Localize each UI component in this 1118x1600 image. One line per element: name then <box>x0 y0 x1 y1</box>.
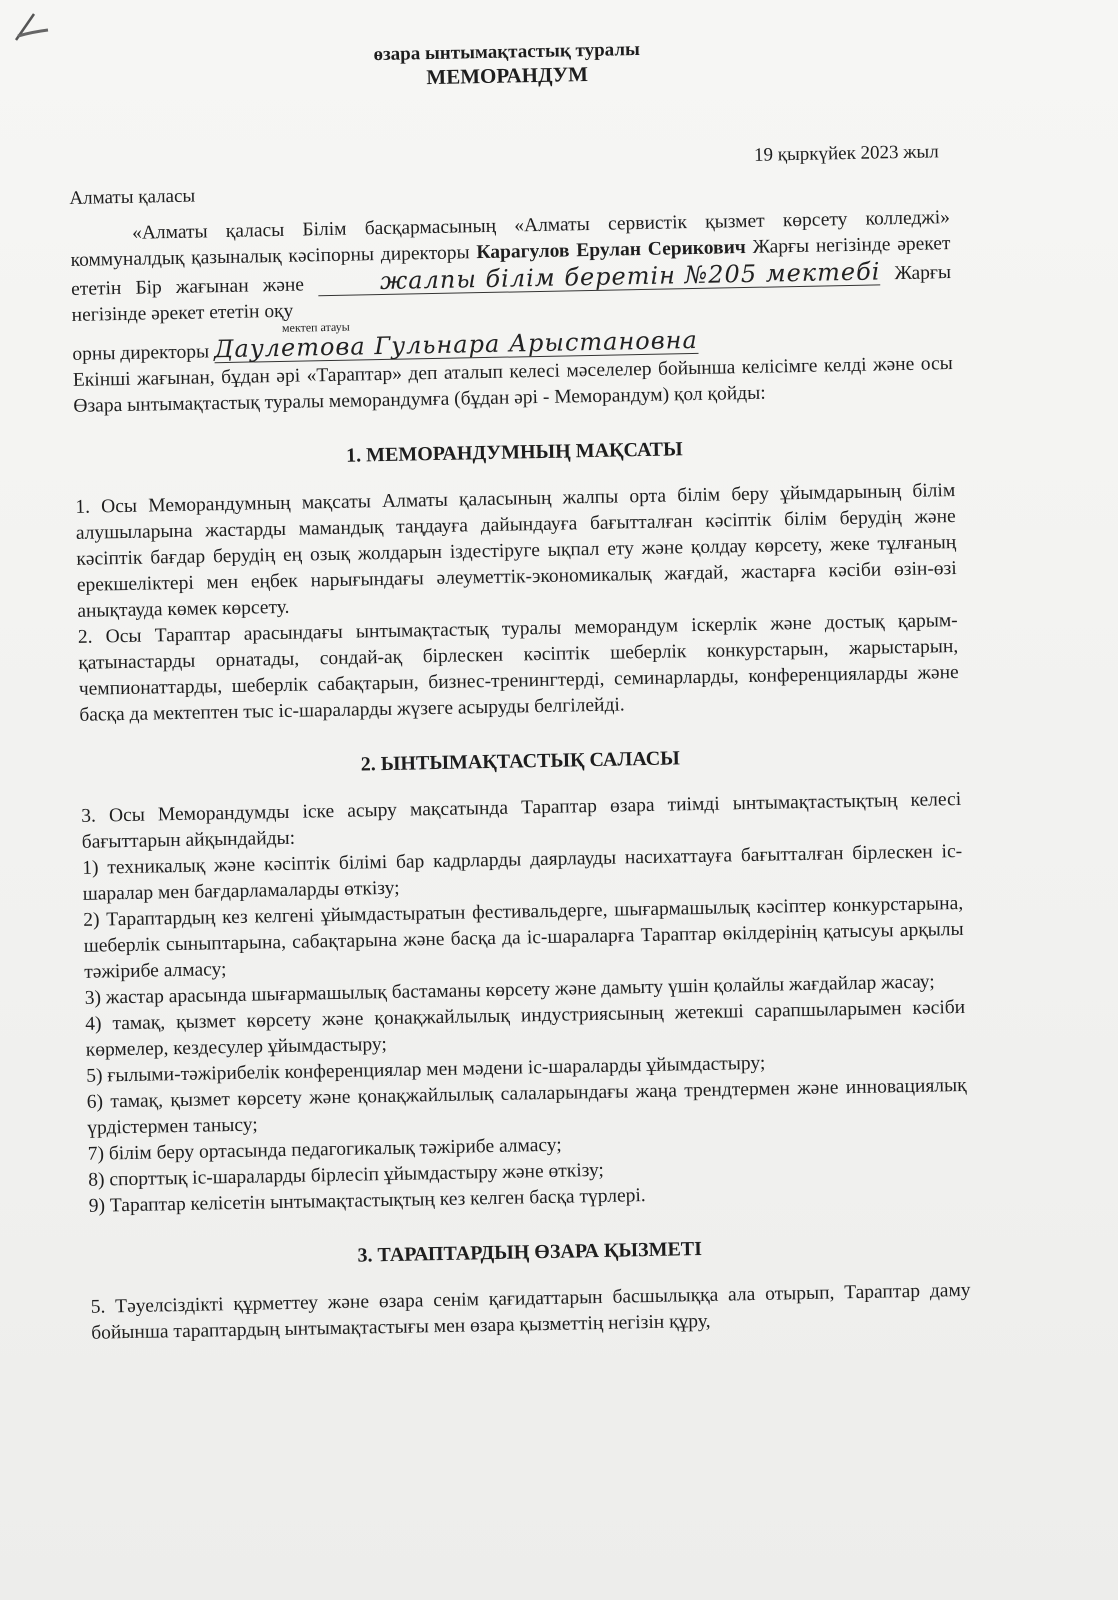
section-heading-3: 3. ТАРАПТАРДЫҢ ӨЗАРА ҚЫЗМЕТІ <box>90 1233 970 1273</box>
pen-mark-icon <box>8 6 68 46</box>
section-1-paragraph-2: 2. Осы Тараптар арасындағы ынтымақтастық… <box>78 608 960 729</box>
director-name: Карагулов Ерулан Серикович <box>476 237 746 263</box>
section-1-paragraph-1: 1. Осы Меморандумның мақсаты Алматы қала… <box>75 478 957 625</box>
preamble-text-4: орны директоры <box>72 341 214 365</box>
document-page: өзара ынтымақтастық туралы МЕМОРАНДУМ 19… <box>0 0 1118 1600</box>
document-content: өзара ынтымақтастық туралы МЕМОРАНДУМ 19… <box>66 3 971 1347</box>
section-heading-2: 2. ЫНТЫМАҚТАСТЫҚ САЛАСЫ <box>80 742 960 782</box>
section-3-paragraph-1: 5. Тәуелсіздікті құрметтеу және өзара се… <box>90 1278 971 1347</box>
section-heading-1: 1. МЕМОРАНДУМНЫҢ МАҚСАТЫ <box>74 433 954 473</box>
